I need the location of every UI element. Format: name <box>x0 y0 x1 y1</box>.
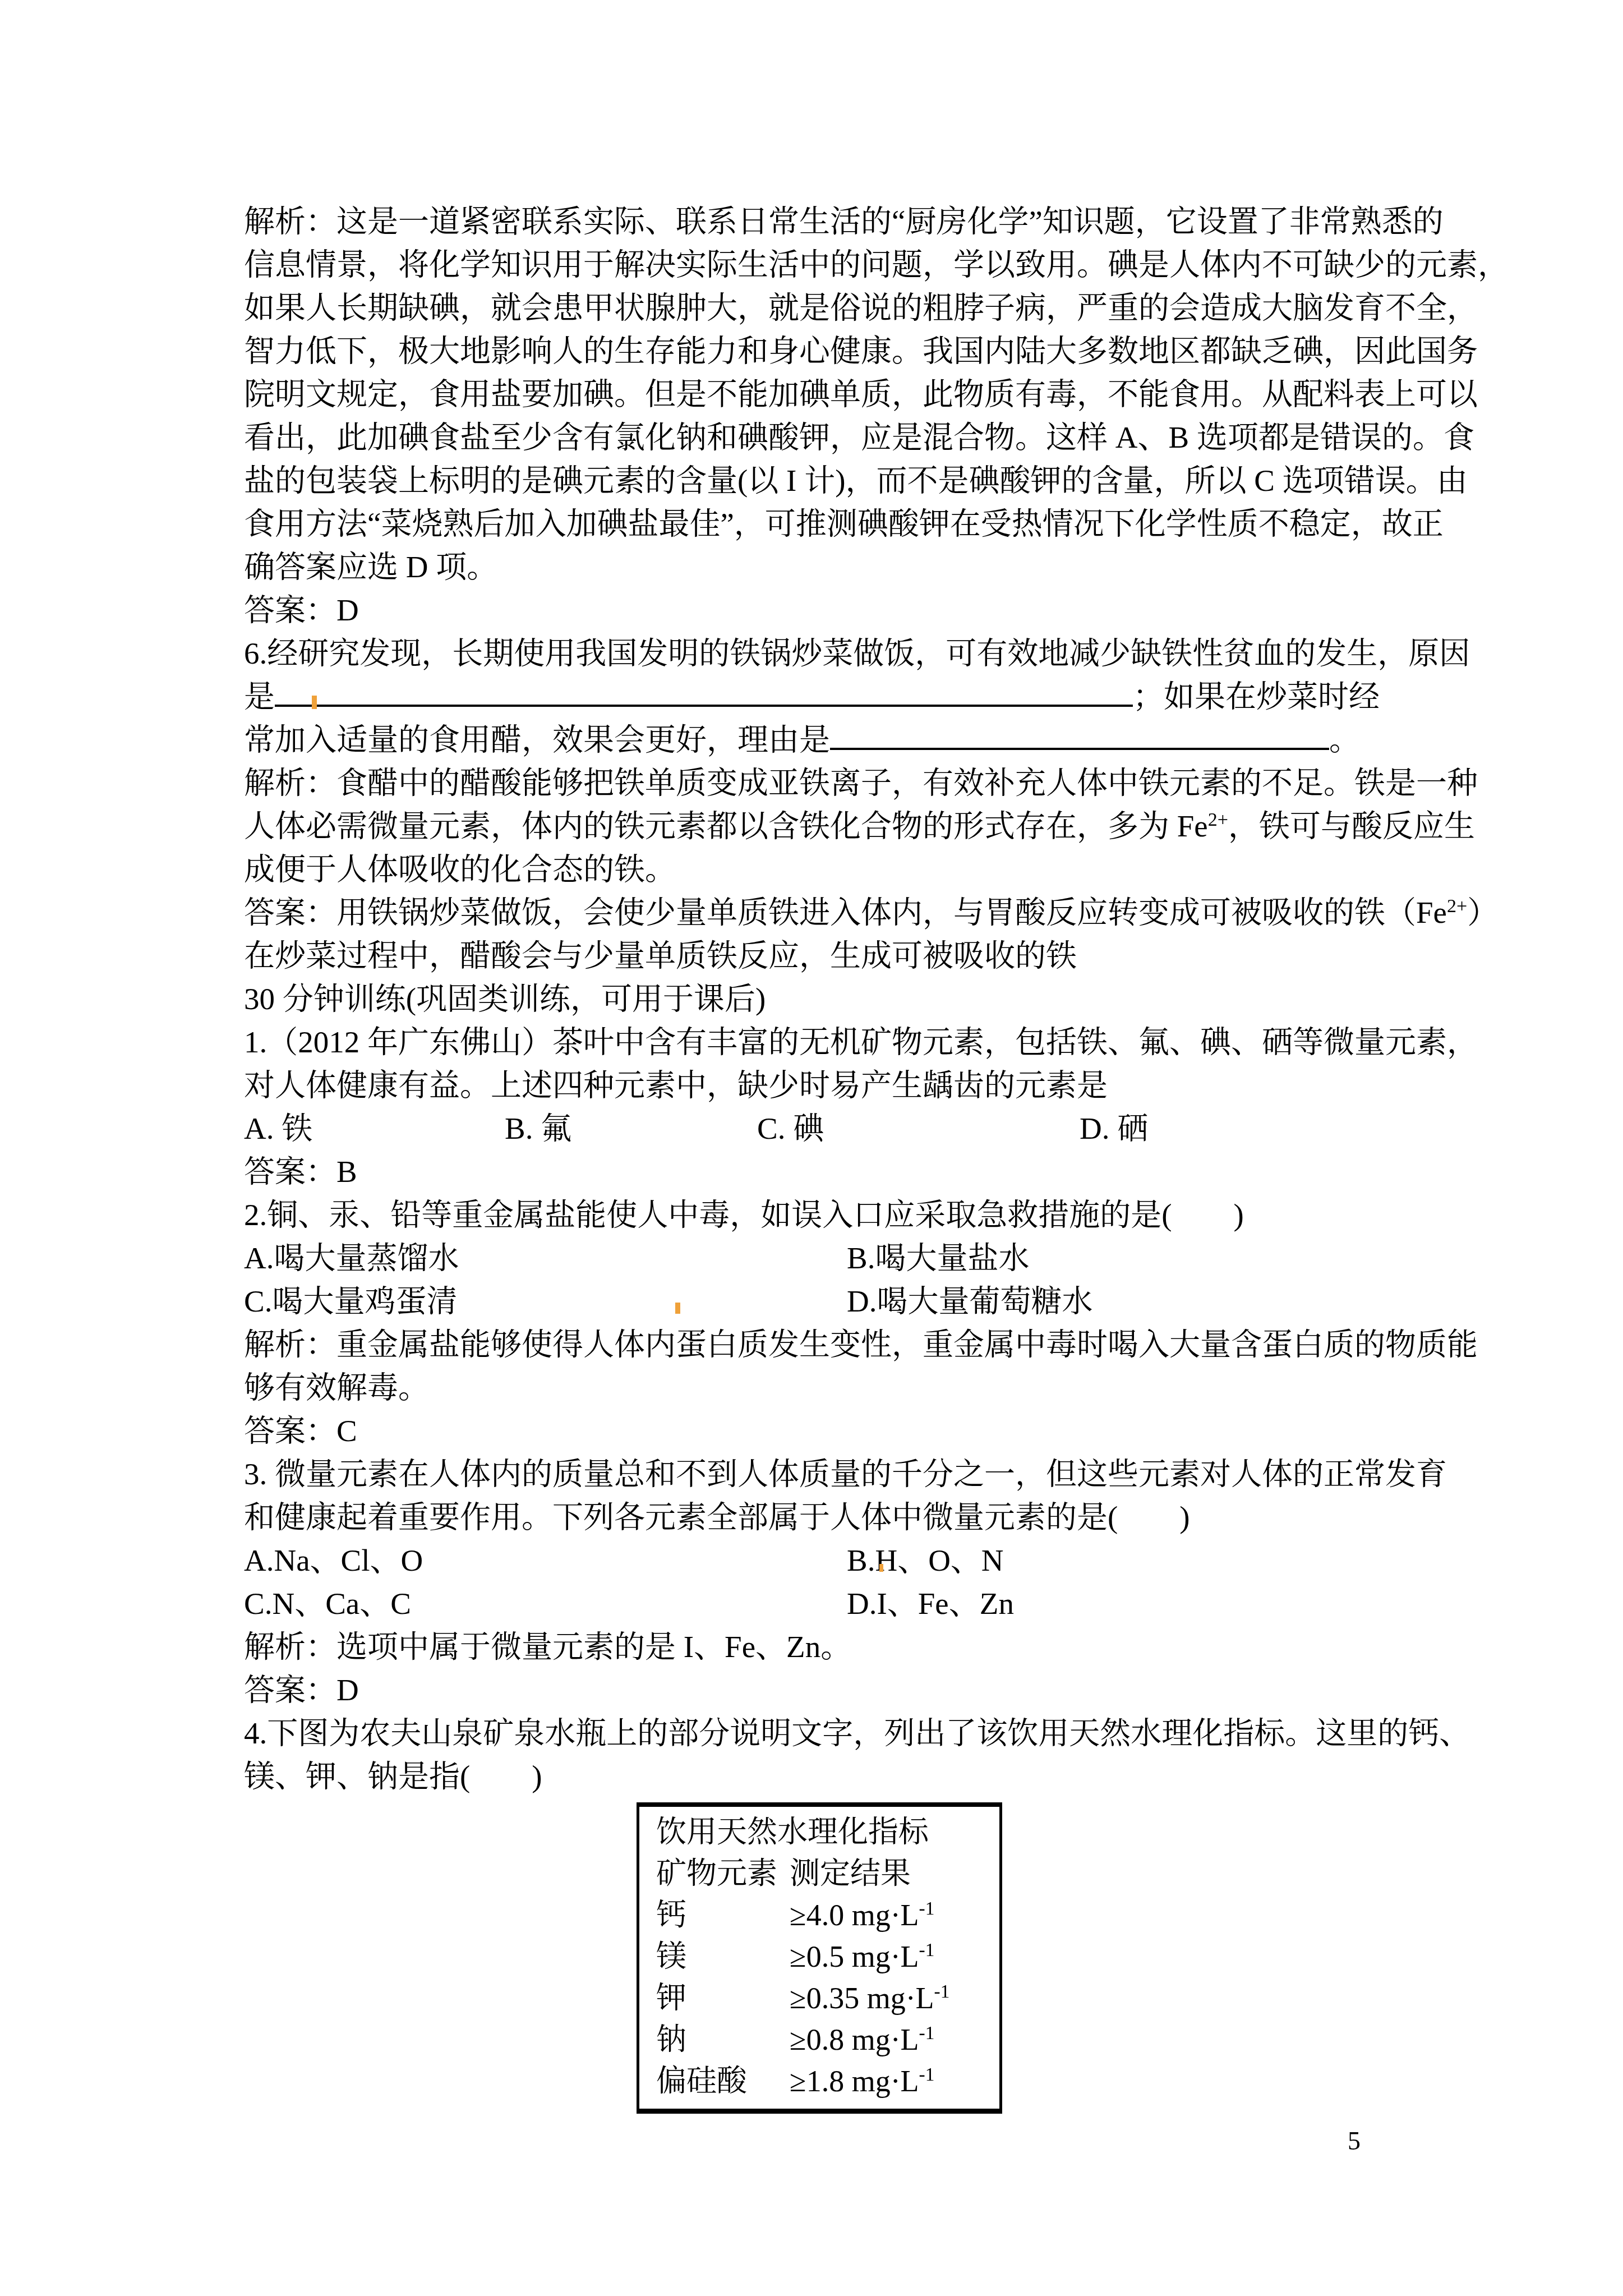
mineral-value: ≥1.8 mg·L-1 <box>790 2064 935 2098</box>
option-row: A. 铁B. 氟C. 碘D. 硒 <box>244 1107 1422 1150</box>
option-c: C. 碘 <box>757 1107 1080 1150</box>
option-c: C.喝大量鸡蛋清 <box>244 1280 847 1323</box>
table-row: 镁≥0.5 mg·L-1 <box>656 1936 999 1977</box>
explanation-line: 人体必需微量元素，体内的铁元素都以含铁化合物的形式存在，多为 Fe2+，铁可与酸… <box>244 804 1422 848</box>
option-row: C.N、Ca、CD.I、Fe、Zn <box>244 1582 1422 1625</box>
option-b: B. 氟 <box>505 1107 757 1150</box>
table-row: 偏硅酸≥1.8 mg·L-1 <box>656 2060 999 2102</box>
question-4-line: 镁、钾、钠是指( ) <box>244 1755 1422 1798</box>
option-a: A.Na、Cl、O <box>244 1539 847 1582</box>
answer-line: 答案：用铁锅炒菜做饭，会使少量单质铁进入体内，与胃酸反应转变成可被吸收的铁（Fe… <box>244 891 1422 934</box>
fill-in-blank <box>830 721 1329 750</box>
superscript-exponent: -1 <box>919 2064 935 2085</box>
explanation-line: 信息情景，将化学知识用于解决实际生活中的问题，学以致用。碘是人体内不可缺少的元素… <box>244 243 1422 286</box>
explanation-line: 解析：重金属盐能够使得人体内蛋白质发生变性，重金属中毒时喝入大量含蛋白质的物质能 <box>244 1323 1422 1366</box>
question-3-line: 和健康起着重要作用。下列各元素全部属于人体中微量元素的是( ) <box>244 1496 1422 1539</box>
explanation-line: 解析：这是一道紧密联系实际、联系日常生活的“厨房化学”知识题，它设置了非常熟悉的 <box>244 200 1422 243</box>
question-6-line: 6.经研究发现，长期使用我国发明的铁锅炒菜做饭，可有效地减少缺铁性贫血的发生，原… <box>244 632 1422 675</box>
answer-line: 答案：B <box>244 1150 1422 1193</box>
option-row: A.喝大量蒸馏水B.喝大量盐水 <box>244 1236 1422 1280</box>
superscript-ion-charge: 2+ <box>1208 809 1228 830</box>
explanation-line: 解析：选项中属于微量元素的是 I、Fe、Zn。 <box>244 1625 1422 1668</box>
question-1-line: 对人体健康有益。上述四种元素中，缺少时易产生龋齿的元素是 <box>244 1064 1422 1107</box>
table-title: 饮用天然水理化指标 <box>656 1811 999 1853</box>
explanation-line: 看出，此加碘食盐至少含有氯化钠和碘酸钾，应是混合物。这样 A、B 选项都是错误的… <box>244 416 1422 459</box>
answer-line: 答案：D <box>244 1668 1422 1711</box>
option-b: B.喝大量盐水 <box>847 1241 1029 1275</box>
option-a: A.喝大量蒸馏水 <box>244 1236 847 1280</box>
explanation-line: 如果人长期缺碘，就会患甲状腺肿大，就是俗说的粗脖子病，严重的会造成大脑发育不全， <box>244 286 1422 329</box>
option-d: D.I、Fe、Zn <box>847 1586 1014 1621</box>
mineral-name: 偏硅酸 <box>656 2060 790 2102</box>
superscript-exponent: -1 <box>919 2023 935 2044</box>
explanation-line: 成便于人体吸收的化合态的铁。 <box>244 848 1422 891</box>
question-6-blank-line: 常加入适量的食用醋，效果会更好，理由是。 <box>244 718 1422 761</box>
superscript-exponent: -1 <box>934 1981 950 2002</box>
mineral-name: 钾 <box>656 1977 790 2019</box>
answer-line: 答案：D <box>244 588 1422 632</box>
table-header-row: 矿物元素测定结果 <box>656 1853 999 1894</box>
question-6-blank-line: 是；如果在炒菜时经 <box>244 675 1422 718</box>
mineral-name: 钙 <box>656 1894 790 1936</box>
option-b: B.H、O、N <box>847 1543 1004 1577</box>
option-row: C.喝大量鸡蛋清D.喝大量葡萄糖水 <box>244 1280 1422 1323</box>
option-c: C.N、Ca、C <box>244 1582 847 1625</box>
superscript-exponent: -1 <box>919 1940 935 1961</box>
option-a: A. 铁 <box>244 1107 505 1150</box>
mineral-value: ≥0.35 mg·L-1 <box>790 1981 950 2015</box>
table-row: 钙≥4.0 mg·L-1 <box>656 1894 999 1936</box>
answer-line: 答案：C <box>244 1409 1422 1452</box>
option-row: A.Na、Cl、OB.H、O、N <box>244 1539 1422 1582</box>
explanation-line: 盐的包装袋上标明的是碘元素的含量(以 I 计)，而不是碘酸钾的含量，所以 C 选… <box>244 459 1422 502</box>
explanation-line: 解析：食醋中的醋酸能够把铁单质变成亚铁离子，有效补充人体中铁元素的不足。铁是一种 <box>244 761 1422 804</box>
mineral-value: ≥0.8 mg·L-1 <box>790 2023 935 2056</box>
column-header-result: 测定结果 <box>790 1857 911 1890</box>
after-blank-text: ；如果在炒菜时经 <box>1133 679 1380 714</box>
mineral-name: 钠 <box>656 2019 790 2060</box>
mineral-value: ≥4.0 mg·L-1 <box>790 1898 935 1932</box>
document-page: 解析：这是一道紧密联系实际、联系日常生活的“厨房化学”知识题，它设置了非常熟悉的… <box>244 200 1422 2114</box>
stray-mark <box>879 1564 883 1572</box>
after-blank-text: 。 <box>1329 723 1360 757</box>
mineral-name: 镁 <box>656 1936 790 1977</box>
question-3-line: 3. 微量元素在人体内的质量总和不到人体质量的千分之一，但这些元素对人体的正常发… <box>244 1452 1422 1496</box>
explanation-line: 确答案应选 D 项。 <box>244 545 1422 588</box>
stray-mark <box>675 1303 680 1314</box>
fill-in-blank <box>275 678 1133 707</box>
explanation-line: 食用方法“菜烧熟后加入加碘盐最佳”，可推测碘酸钾在受热情况下化学性质不稳定，故正 <box>244 502 1422 545</box>
table-row: 钾≥0.35 mg·L-1 <box>656 1977 999 2019</box>
stray-mark <box>312 696 317 709</box>
superscript-exponent: -1 <box>919 1898 935 1919</box>
table-row: 钠≥0.8 mg·L-1 <box>656 2019 999 2060</box>
blank-prefix: 常加入适量的食用醋，效果会更好，理由是 <box>244 723 830 757</box>
answer-line: 在炒菜过程中，醋酸会与少量单质铁反应，生成可被吸收的铁 <box>244 934 1422 977</box>
explanation-line: 院明文规定，食用盐要加碘。但是不能加碘单质，此物质有毒，不能食用。从配料表上可以 <box>244 372 1422 416</box>
column-header-mineral: 矿物元素 <box>656 1853 790 1894</box>
explanation-line: 智力低下，极大地影响人的生存能力和身心健康。我国内陆大多数地区都缺乏碘，因此国务 <box>244 329 1422 372</box>
option-d: D.喝大量葡萄糖水 <box>847 1284 1092 1318</box>
option-d: D. 硒 <box>1080 1111 1148 1145</box>
mineral-value: ≥0.5 mg·L-1 <box>790 1940 935 1973</box>
question-2-line: 2.铜、汞、铅等重金属盐能使人中毒，如误入口应采取急救措施的是( ) <box>244 1193 1422 1236</box>
training-section-header: 30 分钟训练(巩固类训练，可用于课后) <box>244 977 1422 1020</box>
superscript-ion-charge: 2+ <box>1447 896 1467 917</box>
question-1-line: 1.（2012 年广东佛山）茶叶中含有丰富的无机矿物元素，包括铁、氟、碘、硒等微… <box>244 1020 1422 1064</box>
water-indicators-table: 饮用天然水理化指标 矿物元素测定结果 钙≥4.0 mg·L-1 镁≥0.5 mg… <box>637 1802 1002 2114</box>
blank-prefix: 是 <box>244 679 275 714</box>
question-4-line: 4.下图为农夫山泉矿泉水瓶上的部分说明文字，列出了该饮用天然水理化指标。这里的钙… <box>244 1711 1422 1755</box>
page-number: 5 <box>1348 2126 1361 2156</box>
explanation-line: 够有效解毒。 <box>244 1366 1422 1409</box>
